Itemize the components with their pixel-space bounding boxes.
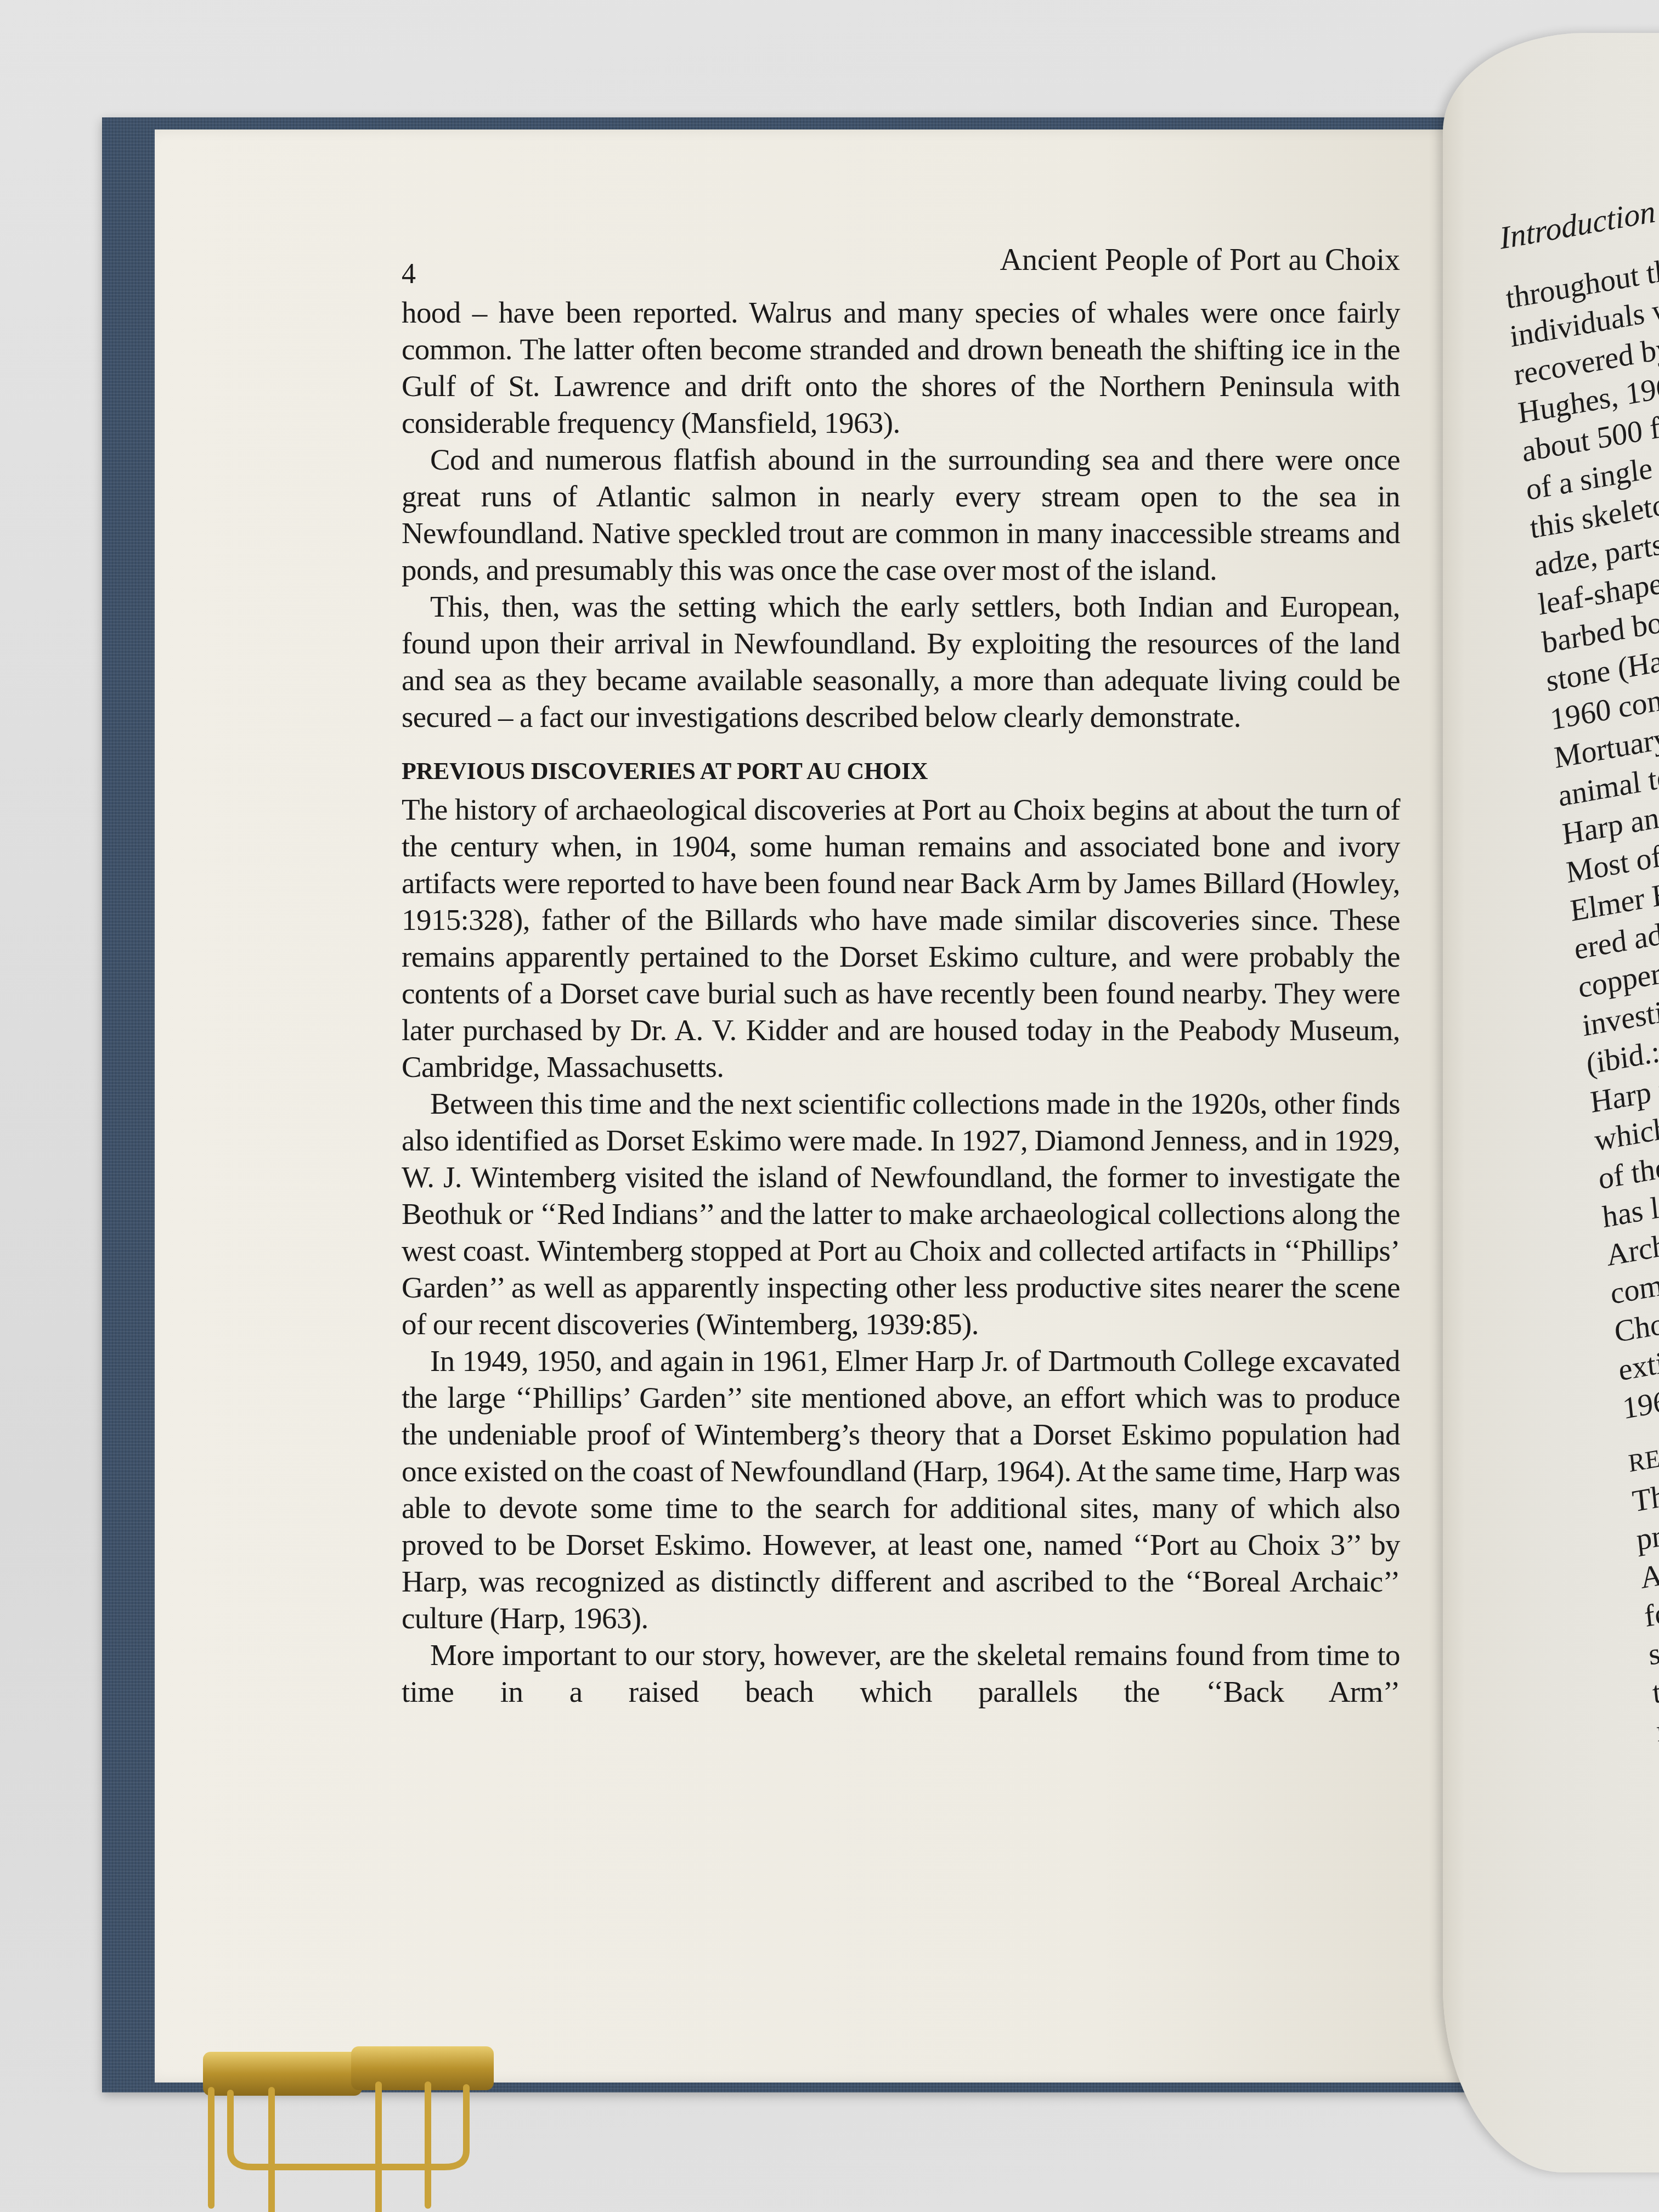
page-number: 4	[402, 258, 416, 290]
binder-clip-icon	[198, 2041, 505, 2212]
right-page-lines: throughout the tindividuals wererecovere…	[1504, 222, 1659, 1428]
right-page-lines: The story of ourpreservation, havAtlanti…	[1630, 1426, 1659, 1943]
right-page: Introduction throughout the tindividuals…	[1443, 33, 1659, 2172]
left-page: 4 Ancient People of Port au Choix hood –…	[155, 129, 1510, 2083]
paragraph: More important to our story, however, ar…	[402, 1637, 1400, 1710]
running-head: 4 Ancient People of Port au Choix	[402, 234, 1400, 294]
paragraph: The history of archaeological discoverie…	[402, 791, 1400, 1085]
paragraph: Between this time and the next scientifi…	[402, 1085, 1400, 1342]
paragraph: In 1949, 1950, and again in 1961, Elmer …	[402, 1342, 1400, 1637]
paragraph: hood – have been reported. Walrus and ma…	[402, 294, 1400, 441]
running-title: Ancient People of Port au Choix	[1000, 242, 1400, 278]
paragraph: Cod and numerous flatfish abound in the …	[402, 441, 1400, 588]
paragraph: This, then, was the setting which the ea…	[402, 588, 1400, 735]
running-title: Introduction	[1498, 162, 1659, 258]
left-page-content: 4 Ancient People of Port au Choix hood –…	[402, 234, 1400, 1710]
right-page-content: Introduction throughout the tindividuals…	[1498, 162, 1659, 1943]
section-heading: PREVIOUS DISCOVERIES AT PORT AU CHOIX	[402, 756, 1400, 787]
